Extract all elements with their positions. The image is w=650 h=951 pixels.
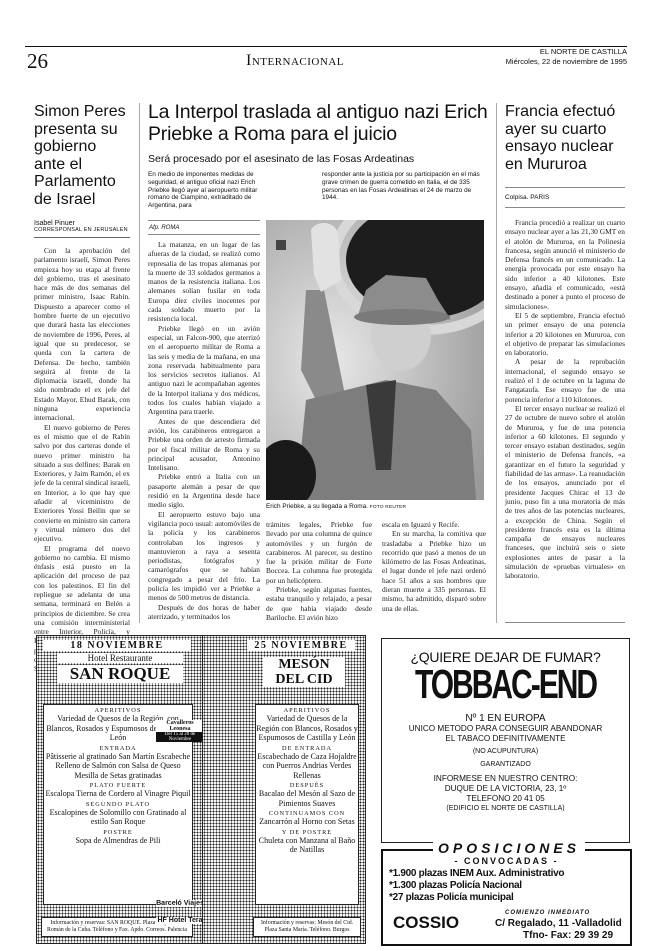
byline-author: Isabel Pinuer	[34, 220, 130, 227]
menu-label: Después	[256, 782, 358, 789]
main-headline: La Interpol traslada al antiguo nazi Eri…	[148, 101, 488, 145]
priebke-photo	[266, 220, 484, 500]
sponsor-tagline: Del 15 al 20 de Noviembre	[156, 732, 204, 742]
paragraph: Antes de que descendiera del avión, los …	[148, 417, 260, 473]
paragraph: escala en Iguazú y Recife.	[382, 520, 486, 529]
ad-line: (NO ACUPUNTURA)	[382, 747, 629, 757]
photo-credit: FOTO REUTER	[370, 505, 407, 510]
ad-oposiciones: OPOSICIONES - CONVOCADAS - *1.900 plazas…	[381, 849, 632, 946]
ad-line: GARANTIZADO	[382, 760, 629, 770]
ad-menu: Aperitivos Variedad de Quesos de la Regi…	[255, 704, 359, 905]
ad-tobbac-end: ¿QUIERE DEJAR DE FUMAR? TOBBAC-END Nº 1 …	[381, 638, 630, 843]
ad-phone: Tfno- Fax: 29 39 29	[523, 930, 613, 941]
caption-text: Erich Priebke, a su llegada a Roma.	[266, 503, 368, 510]
byline-role: CORRESPONSAL EN JERUSALEN	[34, 227, 130, 238]
paragraph: A pesar de la reprobación internacional,…	[505, 357, 625, 403]
ad-line: EL TABACO DEFINITIVAMENTE	[382, 734, 629, 744]
article-column-2: trámites legales, Priebke fue llevado po…	[266, 520, 372, 622]
article-body: Francia procedió a realizar un cuarto en…	[505, 218, 625, 581]
menu-item: Chuleta con Manzana al Baño de Natillas	[256, 836, 358, 855]
column-rule	[139, 103, 140, 623]
divider	[148, 220, 260, 221]
newspaper-masthead: EL NORTE DE CASTILLA Miércoles, 22 de no…	[506, 47, 627, 67]
paragraph: El tercer ensayo nuclear se realizó el 2…	[505, 404, 625, 581]
photo-image	[266, 220, 484, 500]
photo-caption: Erich Priebke, a su llegada a Roma. FOTO…	[266, 503, 406, 510]
divider	[148, 234, 260, 235]
ad-footer: Información y reservas: Mesón del Cid. P…	[253, 917, 361, 937]
paragraph: Priebke llegó en un avión especial, un F…	[148, 324, 260, 417]
ad-line: DUQUE DE LA VICTORIA, 23, 1º	[382, 784, 629, 794]
paragraph: Francia procedió a realizar un cuarto en…	[505, 218, 625, 311]
page-number: 26	[27, 49, 48, 74]
article-column-3: escala en Iguazú y Recife. En su marcha,…	[382, 520, 486, 613]
ad-sponsors: Cavalleros Leonesa Del 15 al 20 de Novie…	[160, 640, 204, 940]
lead-text-left: En medio de imponentes medidas de seguri…	[148, 171, 260, 210]
sponsor-brand: Barceló Viajes	[156, 900, 204, 907]
paragraph: El nuevo gobierno de Peres es el mismo q…	[34, 423, 130, 544]
paragraph: En su marcha, la comitiva que trasladaba…	[382, 529, 486, 613]
ad-item: *1.900 plazas INEM Aux. Administrativo	[389, 868, 564, 879]
ad-line: TELEFONO 20 41 05	[382, 794, 629, 804]
paragraph: Priebke entró a Italia con un pasaporte …	[148, 472, 260, 509]
section-title: Internacional	[246, 52, 344, 70]
menu-item: Escabechado de Caza Hojaldre con Puerros…	[256, 752, 358, 781]
ad-item: *1.300 plazas Policía Nacional	[389, 880, 522, 891]
ad-line: (EDIFICIO EL NORTE DE CASTILLA)	[382, 804, 629, 814]
article-peres: Simon Peres presenta su gobierno ante el…	[34, 103, 130, 674]
paragraph: El aeropuerto estuvo bajo una vigilancia…	[148, 510, 260, 603]
ad-cheese-meson-del-cid: 25 NOVIEMBRE MESÓN DEL CID Aperitivos Va…	[202, 635, 366, 944]
menu-label: Continuamos con	[256, 810, 358, 817]
menu-label: Aperitivos	[256, 707, 358, 714]
ad-address: C/ Regalado, 11 -Valladolid	[495, 918, 622, 929]
ad-subtitle: - CONVOCADAS -	[383, 856, 630, 866]
ad-date: 25 NOVIEMBRE	[247, 640, 355, 651]
paragraph: El 5 de septiembre, Francia efectuó un p…	[505, 311, 625, 357]
ad-title: OPOSICIONES	[433, 840, 585, 856]
lead-text-right: responder ante la justicia por su partic…	[322, 171, 482, 202]
issue-date: Miércoles, 22 de noviembre de 1995	[506, 57, 627, 67]
newspaper-name: EL NORTE DE CASTILLA	[506, 47, 627, 57]
paragraph: La matanza, en un lugar de las afueras d…	[148, 240, 260, 324]
ad-place: MESÓN DEL CID	[263, 657, 345, 687]
divider	[505, 622, 625, 623]
ad-start: COMIENZO INMEDIATO	[505, 910, 590, 916]
menu-label: Y de postre	[256, 829, 358, 836]
ad-line: UNICO METODO PARA CONSEGUIR ABANDONAR	[382, 724, 629, 734]
ad-line: INFORMESE EN NUESTRO CENTRO:	[382, 774, 629, 784]
school-logo: COSSIO	[393, 913, 459, 933]
paragraph: trámites legales, Priebke fue llevado po…	[266, 520, 372, 585]
article-body: Con la aprobación del parlamento israelí…	[34, 246, 130, 674]
sponsor-brand: HF Hotel Tera	[156, 917, 204, 924]
menu-label: De entrada	[256, 745, 358, 752]
paragraph: Con la aprobación del parlamento israelí…	[34, 246, 130, 423]
column-rule	[496, 103, 497, 623]
article-headline: Simon Peres presenta su gobierno ante el…	[34, 103, 130, 208]
ad-item: *27 plazas Policía municipal	[389, 892, 513, 903]
agency-dateline: Afp. ROMA	[149, 225, 179, 231]
article-column-1: La matanza, en un lugar de las afueras d…	[148, 240, 260, 621]
paragraph: Después de dos horas de haber aterrizado…	[148, 603, 260, 622]
ad-rank: Nº 1 EN EUROPA	[382, 713, 629, 724]
menu-item: Bacalao del Mesón al Sazo de Pimientos S…	[256, 789, 358, 808]
main-subhead: Será procesado por el asesinato de las F…	[148, 153, 488, 165]
paragraph: Priebke, según algunas fuentes, estaba t…	[266, 585, 372, 622]
agency-dateline: Colpisa. PARIS	[505, 187, 625, 208]
ad-brand-logo: TOBBAC-END	[415, 663, 596, 709]
menu-item: Variedad de Quesos de la Región con Blan…	[256, 714, 358, 743]
article-francia: Francia efectuó ayer su cuarto ensayo nu…	[505, 103, 625, 581]
menu-item: Zancarrón al Horno con Setas	[256, 817, 358, 827]
article-headline: Francia efectuó ayer su cuarto ensayo nu…	[505, 103, 625, 173]
